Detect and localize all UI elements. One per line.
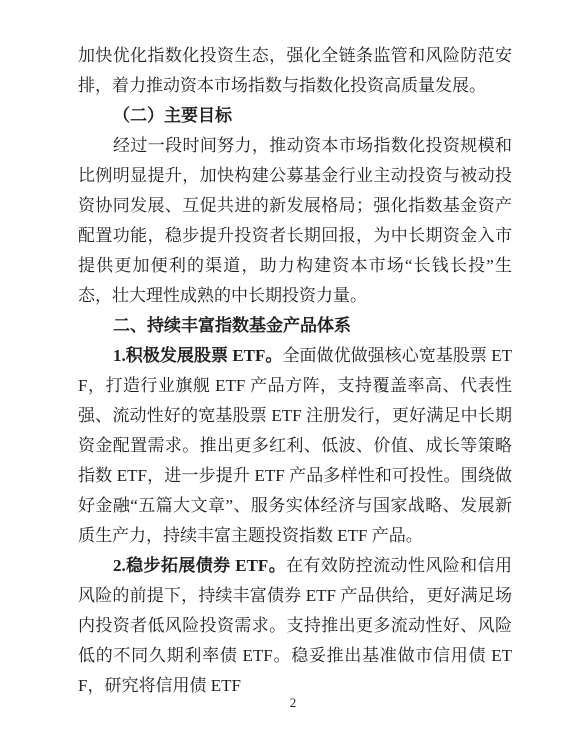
paragraph-text: 加快优化指数化投资生态，强化全链条监管和风险防范安排，着力推动资本市场指数与指数…: [78, 46, 512, 95]
paragraph: 加快优化指数化投资生态，强化全链条监管和风险防范安排，着力推动资本市场指数与指数…: [78, 41, 512, 101]
document-page: 加快优化指数化投资生态，强化全链条监管和风险防范安排，着力推动资本市场指数与指数…: [0, 0, 586, 737]
paragraph: 经过一段时间努力，推动资本市场指数化投资规模和比例明显提升，加快构建公募基金行业…: [78, 131, 512, 311]
paragraph-lead: 2.稳步拓展债券 ETF。: [113, 556, 286, 575]
page-number: 2: [0, 694, 586, 712]
paragraph: 1.积极发展股票 ETF。全面做优做强核心宽基股票 ETF，打造行业旗舰 ETF…: [78, 341, 512, 551]
section-heading: （二）主要目标: [78, 101, 512, 131]
heading-text: 二、持续丰富指数基金产品体系: [113, 316, 351, 335]
paragraph-text: 经过一段时间努力，推动资本市场指数化投资规模和比例明显提升，加快构建公募基金行业…: [78, 136, 512, 305]
paragraph-text: 全面做优做强核心宽基股票 ETF，打造行业旗舰 ETF 产品方阵，支持覆盖率高、…: [78, 346, 512, 545]
paragraph-lead: 1.积极发展股票 ETF。: [113, 346, 282, 365]
section-heading: 二、持续丰富指数基金产品体系: [78, 311, 512, 341]
paragraph: 2.稳步拓展债券 ETF。在有效防控流动性风险和信用风险的前提下，持续丰富债券 …: [78, 551, 512, 701]
page-content: 加快优化指数化投资生态，强化全链条监管和风险防范安排，着力推动资本市场指数与指数…: [78, 41, 512, 701]
heading-text: （二）主要目标: [113, 106, 232, 125]
paragraph-text: 在有效防控流动性风险和信用风险的前提下，持续丰富债券 ETF 产品供给，更好满足…: [78, 556, 512, 695]
